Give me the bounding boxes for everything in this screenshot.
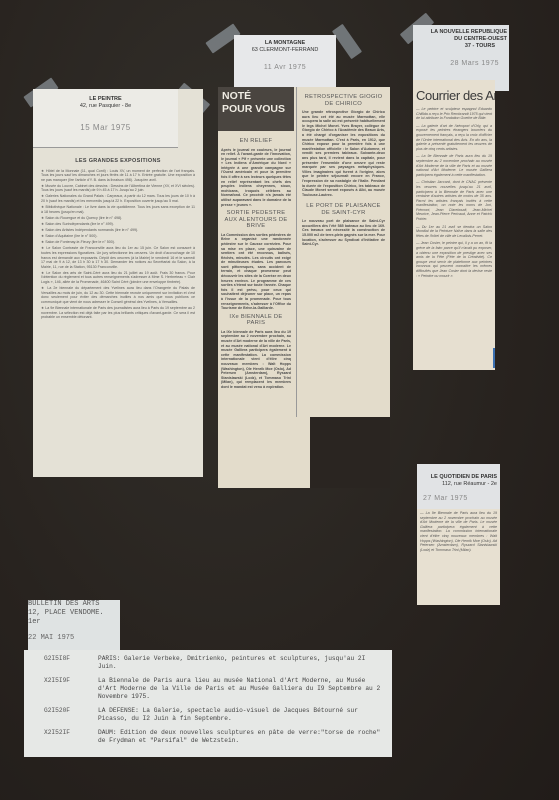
section-title: EN RELIEF <box>221 138 291 145</box>
section-text: Le nouveau port de plaisance de Saint-Cy… <box>302 219 385 247</box>
exhibition-paragraph: ★ La 9e Biennale internationale de Paris… <box>41 306 195 320</box>
section-text: La Commission des sorties pédestres de B… <box>221 233 291 311</box>
bulletin-entries: G2I5I8FPARIS: Galerie Verbeke, Dmitrienk… <box>44 655 384 751</box>
exhibition-paragraph: ★ Bibliothèque Nationale : Le livre dans… <box>41 205 195 214</box>
tape-strip <box>332 24 362 59</box>
date-stamp: 27 Mar 1975 <box>417 495 500 502</box>
pen-mark <box>493 348 495 368</box>
section-title: LE PORT DE PLAISANCE DE SAINT-CYR <box>302 203 385 216</box>
left-column: NOTÉ POUR VOUS EN RELIEFAprès le journal… <box>218 87 294 390</box>
section-title: LES GRANDES EXPOSITIONS <box>41 158 195 165</box>
entry-text: PARIS: Galerie Verbeke, Dmitrienko, pein… <box>98 655 384 671</box>
banner-line-1: NOTÉ <box>222 90 290 103</box>
exhibition-paragraph: ★ La 2e biennale du département des Yvel… <box>41 286 195 304</box>
banner: NOTÉ POUR VOUS <box>218 87 294 131</box>
exhibition-paragraph: ★ Galeries Nationales du Grand Palais : … <box>41 194 195 203</box>
date-stamp: 11 Avr 1975 <box>234 64 336 71</box>
exhibition-paragraph: ★ Hôtel de la Monnaie (11, quai Conti) :… <box>41 169 195 183</box>
column-body: EN RELIEFAprès le journal en couleurs, l… <box>218 131 294 390</box>
banner-line-2: POUR VOUS <box>222 103 290 116</box>
clipping-la-montagne: NOTÉ POUR VOUS EN RELIEFAprès le journal… <box>218 87 390 488</box>
article-body: — La 9e Biennale de Paris aura lieu du 1… <box>420 511 497 552</box>
bulletin-entry: X2I52IFDAUM: Edition de deux nouvelles s… <box>44 729 384 745</box>
section-title: RETROSPECTIVE GIOGIO DE CHIRICO <box>302 94 385 107</box>
bulletin-entry: X2I5I9FLa Biennale de Paris aura lieu au… <box>44 677 384 701</box>
bulletin-entry: G2I520FLA DEFENSE: La Galerie, spectacle… <box>44 707 384 723</box>
clipping-quotidien-de-paris: — La 9e Biennale de Paris aura lieu du 1… <box>417 509 500 605</box>
clipping-bulletin-des-arts: G2I5I8FPARIS: Galerie Verbeke, Dmitrienk… <box>24 650 392 757</box>
source-label: LE PEINTRE 42, rue Pasquier - 8e 15 Mar … <box>33 89 178 148</box>
exhibition-paragraph: ★ Salon des Artistes Indépendants norman… <box>41 228 195 233</box>
date-stamp: 28 Mars 1975 <box>413 60 509 67</box>
exhibition-paragraph: ★ Salon de Fontenay-le-Fleury (lire le n… <box>41 240 195 245</box>
section-text: Après le journal en couleurs, le journal… <box>221 148 291 208</box>
entry-code: G2I5I8F <box>44 655 98 671</box>
publication-name: LA NOUVELLE REPUBLIQUE <box>413 29 509 36</box>
entry-text: DAUM: Edition de deux nouvelles sculptur… <box>98 729 384 745</box>
news-paragraph: — Jean Cosier, le peintre qui, il y a un… <box>416 241 492 278</box>
exhibition-paragraph: ★ Salon d'Aquitaine (lire le n° 500). <box>41 234 195 239</box>
column-body: RETROSPECTIVE GIOGIO DE CHIRICOUne grand… <box>299 94 388 247</box>
publication-name: LA MONTAGNE <box>234 40 336 47</box>
entry-code: G2I520F <box>44 707 98 723</box>
article-title: Courrier des Arts <box>416 88 492 103</box>
scrapbook-page: LE PEINTRE 42, rue Pasquier - 8e 15 Mar … <box>0 0 559 800</box>
bulletin-entry: G2I5I8FPARIS: Galerie Verbeke, Dmitrienk… <box>44 655 384 671</box>
entry-text: La Biennale de Paris aura lieu au musée … <box>98 677 384 701</box>
publication-name: BULLETIN DES ARTS <box>28 600 120 609</box>
board-gap <box>310 417 390 488</box>
article-body: ★ Hôtel de la Monnaie (11, quai Conti) :… <box>41 169 195 320</box>
exhibition-paragraph: ★ Salon du Rouergue et du Quercy (lire l… <box>41 216 195 221</box>
date-stamp: 22 MAI 1975 <box>28 634 120 643</box>
publication-name: LE QUOTIDIEN DE PARIS <box>417 474 500 481</box>
news-paragraph: — La 9e Biennale de Paris aura lieu du 1… <box>420 511 497 552</box>
section-text: Une grande rétrospective Giorgio de Chir… <box>302 110 385 197</box>
clipping-nouvelle-republique: Courrier des Arts — Le peintre et sculpt… <box>413 80 495 370</box>
article-body: — Le peintre et sculpteur espagnol Eduar… <box>416 107 492 278</box>
right-column: RETROSPECTIVE GIOGIO DE CHIRICOUne grand… <box>299 91 388 253</box>
publication-address: 42, rue Pasquier - 8e <box>33 103 178 110</box>
section-title: IXe BIENNALE DE PARIS <box>221 314 291 327</box>
exhibition-paragraph: ★ Le Salon des arts de Saint-Céré aura l… <box>41 271 195 285</box>
publication-name: LE PEINTRE <box>33 96 178 103</box>
publication-name-line-2: DU CENTRE-OUEST <box>413 36 509 43</box>
news-paragraph: — Du 1er au 21 avril se tiendra un Salon… <box>416 225 492 239</box>
exhibition-paragraph: ★ Le Salon Contraste de Franconville aur… <box>41 246 195 269</box>
date-stamp: 15 Mar 1975 <box>33 123 178 132</box>
news-paragraph: — La galerie d'art de l'aéroport d'Orly,… <box>416 124 492 152</box>
clipping-le-peintre: LE PEINTRE 42, rue Pasquier - 8e 15 Mar … <box>33 89 203 477</box>
news-paragraph: — La 9e Biennale de Paris aura lieu du 1… <box>416 154 492 177</box>
exhibition-paragraph: ★ Salon des Surindépendants (lire le n° … <box>41 222 195 227</box>
source-label-la-montagne: LA MONTAGNE 63 CLERMONT-FERRAND 11 Avr 1… <box>234 35 336 92</box>
source-label-bulletin-des-arts: BULLETIN DES ARTS 12, PLACE VENDOME. 1er… <box>28 600 120 652</box>
news-paragraph: — Le peintre et sculpteur espagnol Eduar… <box>416 107 492 121</box>
news-paragraph: — Christian Jaccard, dont le CNAC présen… <box>416 180 492 221</box>
entry-text: LA DEFENSE: La Galerie, spectacle audio-… <box>98 707 384 723</box>
publication-address: 37 - TOURS <box>413 43 509 50</box>
section-title: SORTIE PEDESTRE AUX ALENTOURS DE BRIVE <box>221 210 291 230</box>
exhibition-paragraph: ★ Musée du Louvre, Cabinet des dessins :… <box>41 184 195 193</box>
publication-address: 12, PLACE VENDOME. 1er <box>28 609 120 627</box>
entry-code: X2I5I9F <box>44 677 98 701</box>
section-text: La IXe biennale de Paris aura lieu du 19… <box>221 330 291 390</box>
publication-address: 112, rue Réaumur - 2e <box>417 481 500 488</box>
column-divider <box>296 87 297 417</box>
publication-address: 63 CLERMONT-FERRAND <box>234 47 336 54</box>
entry-code: X2I52IF <box>44 729 98 745</box>
